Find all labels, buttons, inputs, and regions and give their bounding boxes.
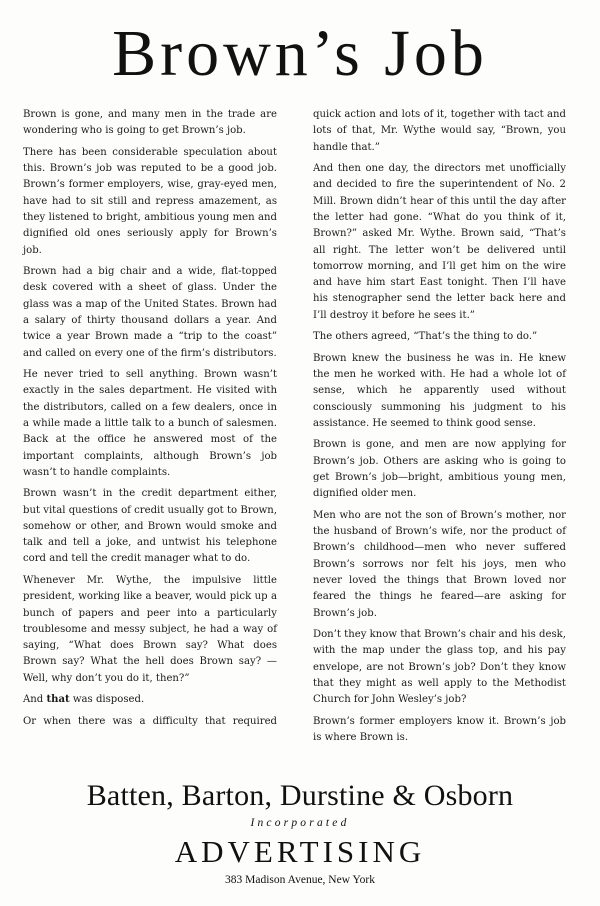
right-column: quick action and lots of it, together wi… — [313, 107, 566, 751]
paragraph: Don’t they know that Brown’s chair and h… — [313, 627, 566, 708]
text-after: was disposed. — [70, 694, 145, 705]
incorporated-label: Incorporated — [0, 815, 600, 831]
paragraph: quick action and lots of it, together wi… — [313, 107, 566, 156]
advertisement-page: Brown’s Job Brown is gone, and many men … — [0, 0, 600, 906]
paragraph: The others agreed, “That’s the thing to … — [313, 329, 566, 345]
paragraph: Or when there was a difficulty that requ… — [23, 714, 277, 730]
paragraph: Brown knew the business he was in. He kn… — [313, 351, 566, 432]
left-column: Brown is gone, and many men in the trade… — [23, 107, 277, 735]
agency-signature: Batten, Barton, Durstine & Osborn Incorp… — [0, 778, 600, 888]
agency-name: Batten, Barton, Durstine & Osborn — [0, 778, 600, 814]
paragraph: He never tried to sell anything. Brown w… — [23, 367, 277, 481]
paragraph: Men who are not the son of Brown’s mothe… — [313, 508, 566, 622]
text-before: And — [23, 694, 46, 705]
paragraph: And then one day, the directors met unof… — [313, 161, 566, 324]
paragraph-disposed: And that was disposed. — [23, 692, 277, 708]
business-type: ADVERTISING — [0, 833, 600, 871]
emphasis-that: that — [46, 694, 69, 705]
paragraph: Brown had a big chair and a wide, flat-t… — [23, 264, 277, 362]
paragraph: Brown wasn’t in the credit department ei… — [23, 486, 277, 567]
agency-address: 383 Madison Avenue, New York — [0, 872, 600, 888]
paragraph: Brown is gone, and men are now applying … — [313, 437, 566, 502]
paragraph: Whenever Mr. Wythe, the impulsive little… — [23, 573, 277, 687]
paragraph: Brown is gone, and many men in the trade… — [23, 107, 277, 140]
paragraph: There has been considerable speculation … — [23, 145, 277, 259]
paragraph: Brown’s former employers know it. Brown’… — [313, 714, 566, 747]
headline: Brown’s Job — [0, 14, 600, 94]
